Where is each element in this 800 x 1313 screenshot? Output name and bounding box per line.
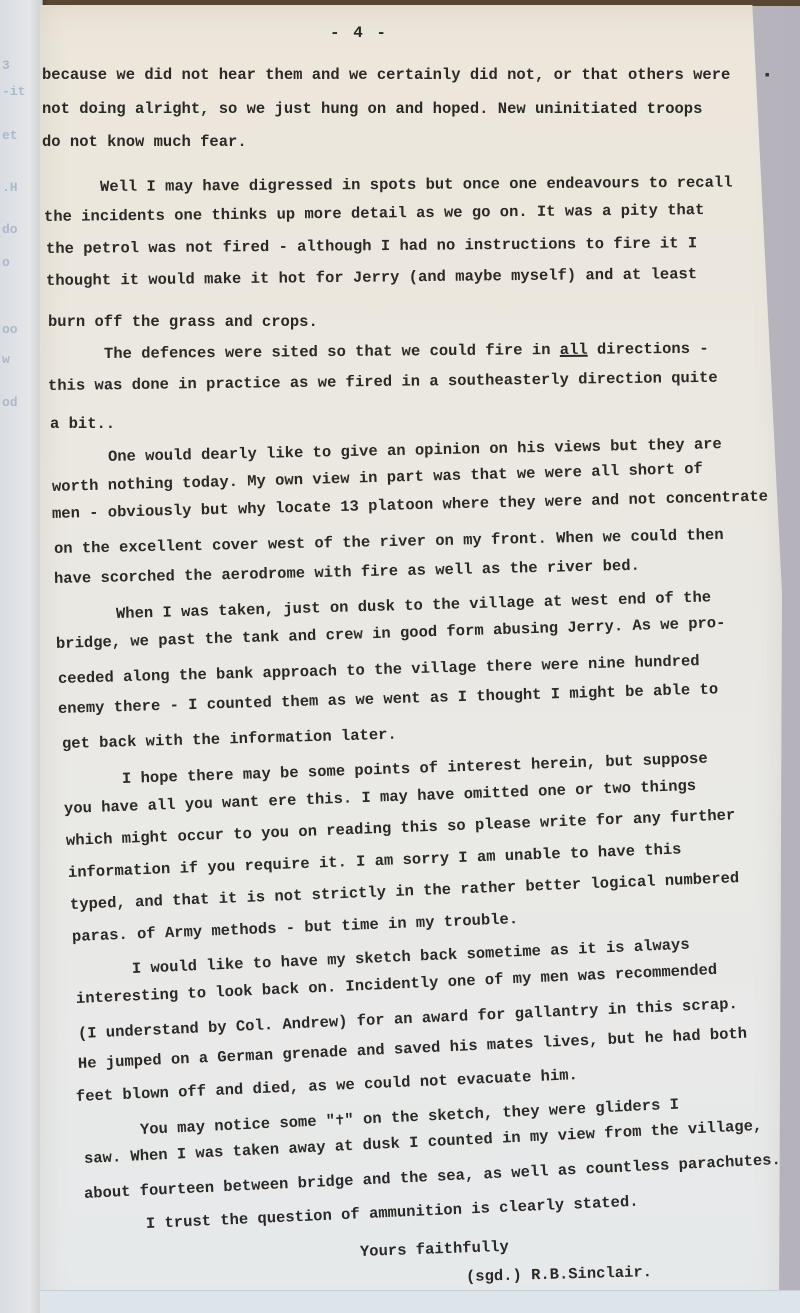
underlined-word: all	[560, 341, 588, 359]
typed-line: burn off the grass and crops.	[48, 313, 318, 331]
margin-dot: ▪	[763, 68, 771, 84]
bleed-through-text: et	[2, 128, 18, 143]
page-number: - 4 -	[330, 24, 388, 42]
bleed-through-text: o	[2, 255, 10, 270]
bleed-through-text: od	[2, 395, 18, 410]
bleed-through-text: -it	[2, 84, 25, 99]
bleed-through-text: oo	[2, 322, 18, 337]
underlying-sheet	[40, 1290, 800, 1313]
typed-line: a bit..	[50, 415, 115, 433]
bleed-through-text: .H	[2, 180, 18, 195]
typed-line: not doing alright, so we just hung on an…	[42, 100, 702, 118]
bleed-through-text: w	[2, 352, 10, 367]
bleed-through-text: do	[2, 222, 18, 237]
typed-line: because we did not hear them and we cert…	[42, 66, 730, 84]
previous-page-edge: 3-itet.Hdoooowod	[0, 0, 43, 1313]
bleed-through-text: 3	[2, 58, 10, 73]
typed-line: do not know much fear.	[42, 133, 247, 151]
